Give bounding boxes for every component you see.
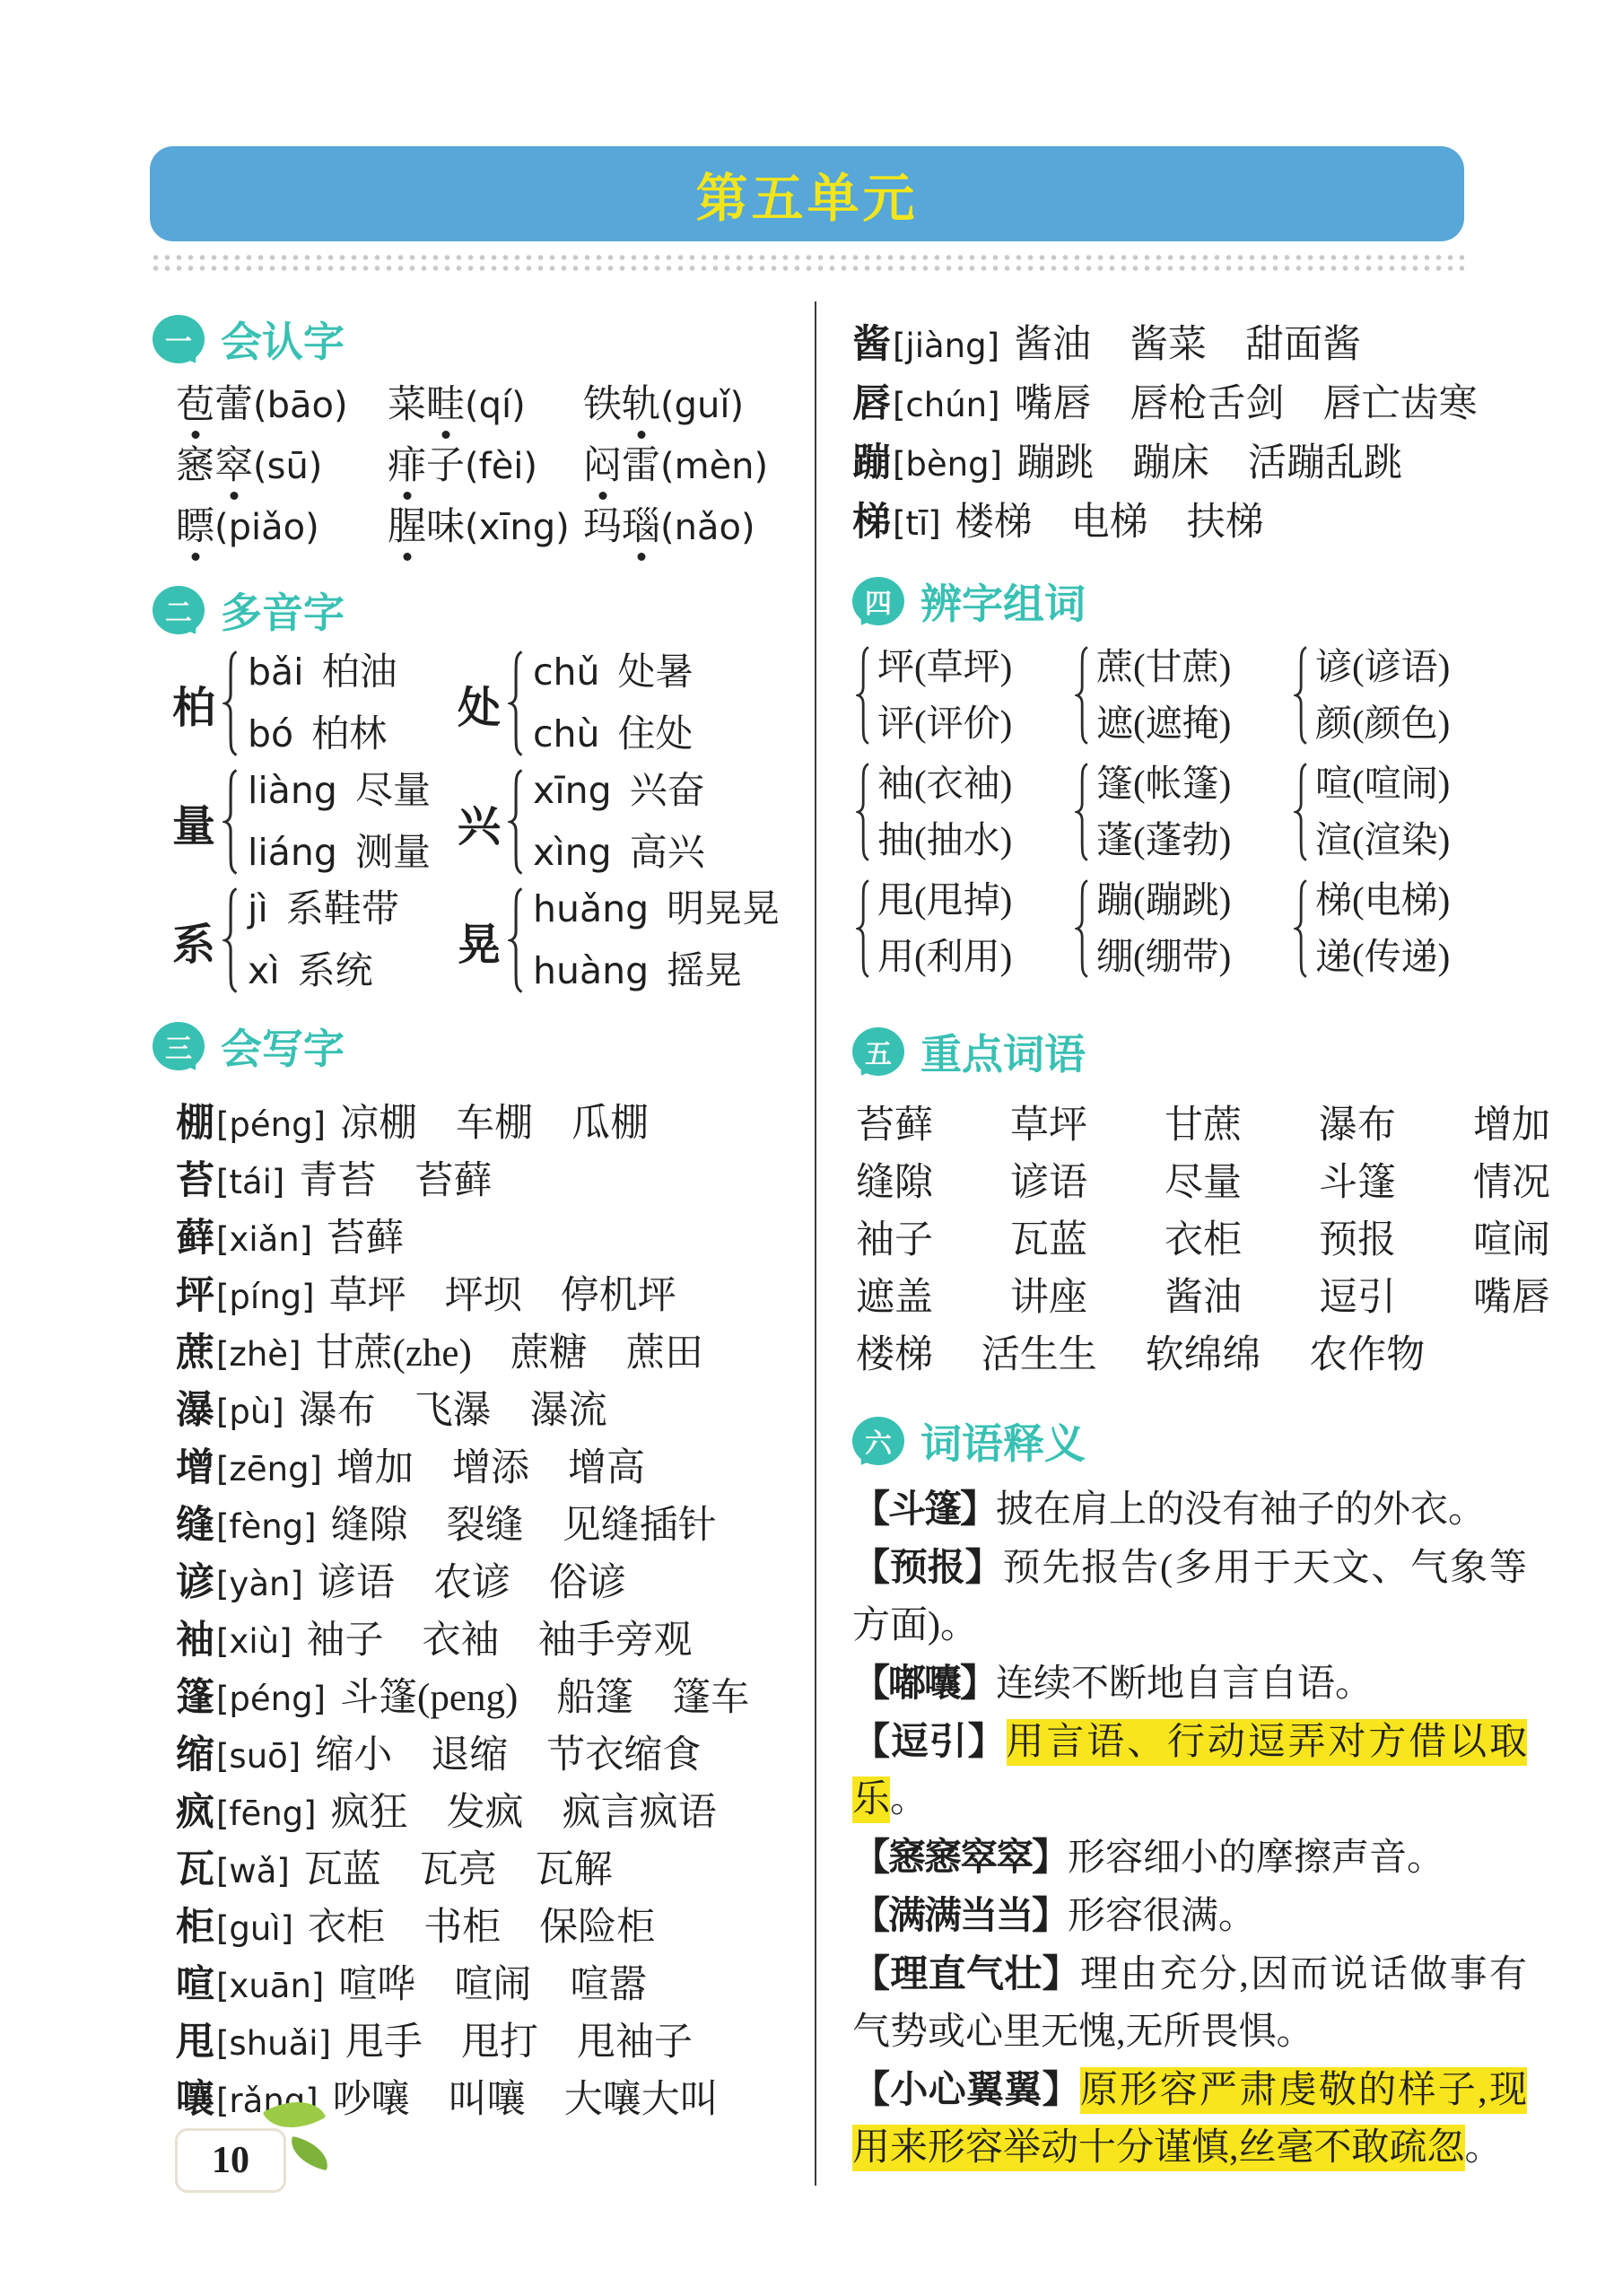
pinyin: (bāo) — [253, 385, 348, 426]
page-title: 第五单元 — [695, 156, 918, 231]
section-number: 三 — [165, 1026, 192, 1066]
word: 摇晃 — [667, 948, 742, 995]
bianzi-pair: 梯(电梯)递(传递) — [1294, 877, 1527, 980]
brace-icon — [1294, 645, 1310, 746]
pinyin: xìng — [533, 829, 612, 876]
huixiezi-row: 瓦[wǎ]瓦蓝 瓦亮 瓦解 — [176, 1839, 809, 1897]
huixiezi-row: 疯[fēng]疯狂 发疯 疯言疯语 — [176, 1782, 809, 1839]
brace-icon — [222, 886, 240, 994]
hanzi: 苔 — [176, 1150, 214, 1205]
page-number-box: 10 — [175, 2128, 286, 2193]
pinyin: [pù] — [216, 1392, 284, 1431]
zhongdian-list: 苔藓 草坪 甘蔗 瀑布 增加 缝隙 谚语 尽量 斗篷 情况 袖子 瓦蓝 衣柜 预… — [856, 1095, 1527, 1382]
word: 兴奋 — [630, 768, 705, 815]
huixiezi-list: 棚[péng]凉棚 车棚 瓜棚 苔[tái]青苔 苔藓 藓[xiǎn]苔藓 坪[… — [176, 1093, 809, 2126]
pinyin: (fèi) — [465, 446, 537, 487]
pair-word: 用(利用) — [877, 934, 1012, 980]
section-bianzi-header: 四 辨字组词 — [852, 574, 1527, 628]
hanzi: 铁 — [583, 384, 622, 426]
hanzi: 棚 — [176, 1093, 214, 1148]
section-renzi-header: 一 会认字 — [153, 312, 809, 366]
pinyin: [shuǎi] — [216, 2024, 331, 2063]
section-number-badge-icon: 一 — [153, 315, 205, 363]
section-number: 二 — [165, 590, 192, 630]
bianzi-pair: 谚(谚语)颜(颜色) — [1294, 644, 1527, 746]
word: 柏油 — [322, 650, 397, 696]
word-row: 袖子 瓦蓝 衣柜 预报 喧闹 — [856, 1209, 1527, 1267]
pinyin: xì — [248, 947, 280, 994]
huixiezi-list-continued: 酱[jiàng]酱油 酱菜 甜面酱 唇[chún]嘴唇 唇枪舌剑 唇亡齿寒 蹦[… — [852, 314, 1527, 551]
duoyinzi-entry: 柏 bǎi柏油 bó柏林 — [172, 650, 458, 757]
words: 袖子 衣袖 袖手旁观 — [307, 1610, 693, 1664]
pair-word: 递(传递) — [1315, 934, 1450, 980]
word: 处暑 — [618, 650, 694, 696]
pinyin: [zhè] — [216, 1335, 301, 1374]
duoyinzi-grid: 柏 bǎi柏油 bó柏林 处 chǔ处暑 chù住处 量 liàng尽量 liá… — [172, 650, 809, 994]
section-number-badge-icon: 四 — [852, 577, 904, 625]
brace-icon — [222, 650, 240, 757]
hanzi: 蹦 — [852, 432, 891, 487]
duoyinzi-entry: 处 chǔ处暑 chù住处 — [458, 650, 809, 757]
brace-icon — [508, 886, 526, 994]
huixiezi-row: 棚[péng]凉棚 车棚 瓜棚 — [176, 1093, 809, 1150]
pinyin: liáng — [248, 829, 337, 876]
word: 系统 — [298, 948, 373, 995]
section-number: 六 — [865, 1421, 892, 1461]
pinyin: huàng — [533, 947, 649, 994]
right-column: 酱[jiàng]酱油 酱菜 甜面酱 唇[chún]嘴唇 唇枪舌剑 唇亡齿寒 蹦[… — [852, 312, 1527, 2177]
section-title: 多音字 — [221, 581, 345, 640]
pinyin: huǎng — [533, 886, 649, 932]
pair-word: 绷(绷带) — [1096, 934, 1231, 980]
hanzi: 甩 — [176, 2012, 214, 2066]
bianzi-pair: 篷(帐篷)蓬(蓬勃) — [1075, 761, 1294, 863]
word-row: 苔藓 草坪 甘蔗 瀑布 增加 — [856, 1095, 1527, 1152]
hanzi: 唇 — [852, 373, 891, 428]
section-title: 重点词语 — [920, 1022, 1086, 1081]
huixiezi-row: 甩[shuǎi]甩手 甩打 甩袖子 — [176, 2012, 809, 2069]
words: 衣柜 书柜 保险柜 — [308, 1897, 655, 1951]
huixiezi-row: 袖[xiù]袖子 衣袖 袖手旁观 — [176, 1610, 809, 1667]
pinyin: (qí) — [465, 385, 526, 426]
hanzi: 玛 — [583, 506, 622, 548]
words: 嘴唇 唇枪舌剑 唇亡齿寒 — [1015, 373, 1478, 428]
renzi-item: 痱子(fèi) — [388, 445, 583, 488]
section-title: 会写字 — [221, 1017, 345, 1076]
section-number: 一 — [165, 319, 192, 359]
renzi-item: 腥味(xīng) — [388, 506, 583, 549]
unit-title-bar: 第五单元 — [150, 146, 1464, 241]
bianzi-pair: 蔗(甘蔗)遮(遮掩) — [1075, 644, 1294, 746]
word: 高兴 — [630, 830, 705, 877]
pinyin: jì — [248, 886, 268, 932]
hanzi: 篷 — [176, 1667, 214, 1722]
dotted-hanzi: 窣 — [214, 445, 253, 488]
huixiezi-row: 柜[guì]衣柜 书柜 保险柜 — [176, 1897, 809, 1954]
pair-word: 抽(抽水) — [877, 817, 1012, 863]
hanzi: 柏 — [172, 673, 215, 735]
leaf-icon — [286, 2136, 332, 2170]
brace-icon — [222, 768, 240, 876]
definition: 【理直气壮】理由充分,因而说话做事有气势或心里无愧,无所畏惧。 — [852, 1945, 1527, 2061]
huixiezi-row: 缝[fèng]缝隙 裂缝 见缝插针 — [176, 1495, 809, 1552]
reading-row: chù住处 — [533, 711, 694, 758]
section-number-badge-icon: 六 — [852, 1417, 904, 1465]
section-title: 会认字 — [221, 310, 345, 369]
pinyin: bó — [248, 711, 293, 757]
definition-text: 连续不断地自言自语。 — [996, 1663, 1373, 1705]
brace-icon — [508, 768, 526, 876]
pair-word: 蓬(蓬勃) — [1096, 817, 1231, 863]
definition-term: 【小心翼翼】 — [852, 2067, 1080, 2111]
pair-word: 遮(遮掩) — [1096, 701, 1231, 746]
definition-term: 【满满当当】 — [852, 1893, 1068, 1937]
hanzi: 缩 — [176, 1724, 214, 1779]
pinyin: [fēng] — [216, 1794, 317, 1833]
word: 住处 — [618, 711, 694, 758]
duoyinzi-entry: 晃 huǎng明晃晃 huàng摇晃 — [458, 886, 809, 994]
words: 凉棚 车棚 瓜棚 — [340, 1093, 649, 1148]
pair-word: 喧(喧闹) — [1315, 761, 1450, 807]
definition: 【斗篷】披在肩上的没有袖子的外衣。 — [852, 1480, 1527, 1539]
huixiezi-row: 增[zēng]增加 增添 增高 — [176, 1437, 809, 1495]
pinyin: [péng] — [216, 1680, 326, 1718]
section-number: 四 — [865, 581, 892, 621]
renzi-item: 玛瑙(nǎo) — [583, 506, 809, 549]
pinyin: (xīng) — [465, 507, 570, 548]
hanzi: 系 — [172, 910, 215, 972]
huixiezi-row: 坪[píng]草坪 坪坝 停机坪 — [176, 1265, 809, 1323]
section-duoyinzi-header: 二 多音字 — [153, 583, 809, 637]
hanzi: 子 — [426, 445, 465, 487]
pinyin: [tái] — [216, 1163, 284, 1201]
left-column: 一 会认字 苞蕾(bāo) 菜畦(qí) 铁轨(guǐ) 窸窣(sū) 痱子(f… — [153, 312, 809, 2126]
pinyin: [zēng] — [216, 1450, 322, 1488]
reading-row: liáng测量 — [248, 829, 431, 877]
hanzi: 袖 — [176, 1610, 214, 1664]
section-title: 辨字组词 — [920, 572, 1086, 631]
reading-row: xīng兴奋 — [533, 767, 705, 815]
dotted-hanzi: 畦 — [426, 384, 465, 427]
bianzi-pair: 蹦(蹦跳)绷(绷带) — [1075, 877, 1294, 980]
pinyin: [tī] — [893, 504, 941, 543]
hanzi: 谚 — [176, 1552, 214, 1607]
pinyin: (mèn) — [660, 446, 768, 487]
pinyin: [xuān] — [216, 1967, 324, 2005]
dotted-hanzi: 瑙 — [622, 506, 660, 549]
pinyin: [yàn] — [216, 1565, 303, 1603]
dotted-separator — [150, 252, 1464, 275]
hanzi: 缝 — [176, 1495, 214, 1550]
brace-icon — [1294, 878, 1310, 979]
word: 柏林 — [311, 711, 387, 758]
brace-icon — [1075, 762, 1091, 862]
words: 草坪 坪坝 停机坪 — [329, 1265, 676, 1320]
huixiezi-row: 唇[chún]嘴唇 唇枪舌剑 唇亡齿寒 — [852, 373, 1527, 432]
brace-icon — [1294, 762, 1310, 862]
hanzi: 瀑 — [176, 1380, 214, 1435]
pair-word: 甩(甩掉) — [877, 877, 1012, 923]
duoyinzi-entry: 系 jì系鞋带 xì系统 — [172, 886, 458, 994]
hanzi: 增 — [176, 1437, 214, 1492]
pinyin: xīng — [533, 767, 612, 814]
renzi-item: 菜畦(qí) — [388, 384, 583, 427]
brace-icon — [1075, 645, 1091, 746]
pair-word: 袖(衣袖) — [877, 761, 1012, 807]
pinyin: [píng] — [216, 1278, 315, 1316]
section-zhongdian-header: 五 重点词语 — [852, 1025, 1527, 1078]
hanzi: 菜 — [388, 384, 426, 426]
hanzi: 蕾 — [214, 384, 253, 426]
hanzi: 雷 — [622, 445, 660, 487]
dotted-hanzi: 轨 — [622, 384, 660, 427]
dotted-hanzi: 闷 — [583, 445, 622, 488]
bianzi-pair: 喧(喧闹)渲(渲染) — [1294, 761, 1527, 863]
section-title: 词语释义 — [920, 1411, 1086, 1471]
hanzi: 蔗 — [176, 1323, 214, 1377]
pinyin: (sū) — [253, 446, 322, 487]
definition-term: 【嘟囔】 — [852, 1661, 996, 1705]
words: 斗篷(peng) 船篷 篷车 — [340, 1667, 749, 1722]
page-number: 10 — [212, 2139, 249, 2182]
definition-term: 【预报】 — [852, 1545, 1003, 1589]
renzi-word-grid: 苞蕾(bāo) 菜畦(qí) 铁轨(guǐ) 窸窣(sū) 痱子(fèi) 闷雷… — [176, 384, 809, 549]
huixiezi-row: 缩[suō]缩小 退缩 节衣缩食 — [176, 1724, 809, 1782]
definition: 【窸窸窣窣】形容细小的摩擦声音。 — [852, 1829, 1527, 1887]
pair-word: 坪(草坪) — [877, 644, 1012, 690]
word-row: 遮盖 讲座 酱油 逗引 嘴唇 — [856, 1267, 1527, 1324]
reading-row: chǔ处暑 — [533, 649, 694, 696]
pinyin: chǔ — [533, 649, 600, 695]
bianzi-pair: 坪(草坪)评(评价) — [856, 644, 1075, 746]
words: 苔藓 — [327, 1208, 404, 1262]
pair-word: 渲(渲染) — [1315, 817, 1450, 863]
pinyin: [bèng] — [893, 445, 1002, 484]
reading-row: xìng高兴 — [533, 829, 705, 877]
definition: 【满满当当】形容很满。 — [852, 1887, 1527, 1945]
words: 蹦跳 蹦床 活蹦乱跳 — [1016, 432, 1402, 487]
renzi-item: 苞蕾(bāo) — [176, 384, 388, 427]
definition: 【逗引】用言语、行动逗弄对方借以取乐。 — [852, 1713, 1527, 1829]
word: 尽量 — [355, 768, 431, 815]
renzi-item: 瞟(piǎo) — [176, 506, 388, 549]
word: 明晃晃 — [667, 886, 780, 933]
words: 瀑布 飞瀑 瀑流 — [299, 1380, 607, 1435]
pinyin: [guì] — [216, 1909, 293, 1948]
definition-text: 。 — [1465, 2127, 1503, 2169]
pinyin: [xiǎn] — [216, 1220, 312, 1259]
pinyin: [péng] — [216, 1105, 326, 1144]
word-row: 楼梯 活生生 软绵绵 农作物 — [856, 1324, 1527, 1382]
pinyin: [suō] — [216, 1737, 301, 1776]
hanzi: 梯 — [852, 492, 891, 546]
section-number-badge-icon: 五 — [852, 1027, 904, 1076]
definition-term: 【理直气壮】 — [852, 1951, 1080, 1995]
brace-icon — [856, 762, 872, 862]
huixiezi-row: 藓[xiǎn]苔藓 — [176, 1208, 809, 1265]
brace-icon — [508, 650, 526, 757]
words: 吵嚷 叫嚷 大嚷大叫 — [333, 2069, 719, 2124]
word-row: 缝隙 谚语 尽量 斗篷 情况 — [856, 1152, 1527, 1209]
words: 甘蔗(zhe) 蔗糖 蔗田 — [316, 1323, 703, 1377]
words: 缩小 退缩 节衣缩食 — [315, 1724, 701, 1779]
reading-row: jì系鞋带 — [248, 886, 399, 933]
pinyin: [xiù] — [216, 1622, 292, 1661]
words: 楼梯 电梯 扶梯 — [955, 492, 1264, 546]
reading-row: liàng尽量 — [248, 767, 431, 815]
definition: 【小心翼翼】原形容严肃虔敬的样子,现用来形容举动十分谨慎,丝毫不敢疏忽。 — [852, 2061, 1527, 2177]
huixiezi-row: 篷[péng]斗篷(peng) 船篷 篷车 — [176, 1667, 809, 1724]
renzi-item: 窸窣(sū) — [176, 445, 388, 488]
huixiezi-row: 蔗[zhè]甘蔗(zhe) 蔗糖 蔗田 — [176, 1323, 809, 1380]
hanzi: 酱 — [852, 314, 891, 369]
section-number-badge-icon: 三 — [153, 1022, 205, 1070]
huixiezi-row: 蹦[bèng]蹦跳 蹦床 活蹦乱跳 — [852, 432, 1527, 492]
pinyin: [chún] — [893, 386, 1000, 424]
pair-word: 蔗(甘蔗) — [1096, 644, 1231, 690]
definition-term: 【逗引】 — [852, 1719, 1007, 1763]
pair-word: 蹦(蹦跳) — [1096, 877, 1231, 923]
words: 瓦蓝 瓦亮 瓦解 — [304, 1839, 613, 1894]
brace-icon — [856, 645, 872, 746]
words: 疯狂 发疯 疯言疯语 — [331, 1782, 717, 1837]
pair-word: 谚(谚语) — [1315, 644, 1450, 690]
section-shiyi-header: 六 词语释义 — [852, 1414, 1527, 1468]
brace-icon — [1075, 878, 1091, 979]
pinyin: [jiàng] — [893, 327, 999, 365]
definition-text: 形容细小的摩擦声音。 — [1068, 1838, 1444, 1879]
words: 缝隙 裂缝 见缝插针 — [331, 1495, 717, 1550]
words: 甩手 甩打 甩袖子 — [345, 2012, 693, 2066]
column-divider — [815, 301, 816, 2186]
hanzi: 坪 — [176, 1265, 214, 1320]
dotted-hanzi: 苞 — [176, 384, 214, 427]
section-huixiezi-header: 三 会写字 — [153, 1019, 809, 1073]
bianzi-pair: 袖(衣袖)抽(抽水) — [856, 761, 1075, 863]
section-number-badge-icon: 二 — [153, 586, 205, 634]
definition-term: 【斗篷】 — [852, 1487, 996, 1531]
pinyin: bǎi — [248, 649, 304, 695]
pair-word: 评(评价) — [877, 701, 1012, 746]
huixiezi-row: 苔[tái]青苔 苔藓 — [176, 1150, 809, 1208]
reading-row: bó柏林 — [248, 711, 397, 758]
hanzi: 量 — [172, 791, 215, 853]
pinyin: chù — [533, 711, 600, 757]
section-number: 五 — [865, 1032, 892, 1071]
shiyi-definitions: 【斗篷】披在肩上的没有袖子的外衣。 【预报】预先报告(多用于天文、气象等方面)。… — [852, 1480, 1527, 2177]
hanzi: 藓 — [176, 1208, 214, 1262]
brace-icon — [856, 878, 872, 979]
definition-text: 披在肩上的没有袖子的外衣。 — [996, 1489, 1486, 1531]
huixiezi-row: 瀑[pù]瀑布 飞瀑 瀑流 — [176, 1380, 809, 1437]
pair-word: 颜(颜色) — [1315, 701, 1450, 746]
word: 测量 — [355, 830, 431, 877]
reading-row: huǎng明晃晃 — [533, 886, 780, 933]
dotted-hanzi: 腥 — [388, 506, 426, 549]
definition-text: 形容很满。 — [1068, 1896, 1256, 1937]
definition: 【预报】预先报告(多用于天文、气象等方面)。 — [852, 1539, 1527, 1654]
hanzi: 疯 — [176, 1782, 214, 1837]
words: 酱油 酱菜 甜面酱 — [1014, 314, 1361, 369]
pair-word: 篷(帐篷) — [1096, 761, 1231, 807]
hanzi: 晃 — [458, 910, 501, 972]
pinyin: [wǎ] — [216, 1852, 290, 1890]
definition: 【嘟囔】连续不断地自言自语。 — [852, 1654, 1527, 1713]
hanzi: 味 — [426, 506, 465, 548]
duoyinzi-entry: 兴 xīng兴奋 xìng高兴 — [458, 768, 809, 876]
huixiezi-row: 谚[yàn]谚语 农谚 俗谚 — [176, 1552, 809, 1610]
hanzi: 窸 — [176, 445, 214, 487]
bianzi-grid: 坪(草坪)评(评价) 蔗(甘蔗)遮(遮掩) 谚(谚语)颜(颜色) 袖(衣袖)抽(… — [856, 644, 1527, 980]
pinyin: [fèng] — [216, 1507, 317, 1546]
dotted-hanzi: 痱 — [388, 445, 426, 488]
bianzi-pair: 甩(甩掉)用(利用) — [856, 877, 1075, 980]
pinyin: (piǎo) — [214, 507, 319, 548]
definition-text: 。 — [890, 1779, 928, 1820]
dotted-hanzi: 瞟 — [176, 506, 214, 549]
word: 系鞋带 — [286, 886, 399, 933]
hanzi: 嚷 — [176, 2069, 214, 2124]
huixiezi-row: 梯[tī]楼梯 电梯 扶梯 — [852, 492, 1527, 551]
hanzi: 兴 — [458, 791, 501, 853]
pinyin: (nǎo) — [660, 507, 755, 548]
hanzi: 喧 — [176, 1954, 214, 2009]
words: 增加 增添 增高 — [336, 1437, 645, 1492]
pair-word: 梯(电梯) — [1315, 877, 1450, 923]
reading-row: huàng摇晃 — [533, 947, 780, 995]
reading-row: xì系统 — [248, 947, 399, 995]
words: 谚语 农谚 俗谚 — [318, 1552, 626, 1607]
hanzi: 瓦 — [176, 1839, 214, 1894]
huixiezi-row: 酱[jiàng]酱油 酱菜 甜面酱 — [852, 314, 1527, 373]
pinyin: liàng — [248, 767, 337, 814]
words: 青苔 苔藓 — [299, 1150, 492, 1205]
reading-row: bǎi柏油 — [248, 649, 397, 696]
pinyin: (guǐ) — [660, 385, 744, 426]
renzi-item: 铁轨(guǐ) — [583, 384, 809, 427]
words: 喧哗 喧闹 喧嚣 — [338, 1954, 647, 2009]
duoyinzi-entry: 量 liàng尽量 liáng测量 — [172, 768, 458, 876]
definition-term: 【窸窸窣窣】 — [852, 1835, 1068, 1879]
huixiezi-row: 喧[xuān]喧哗 喧闹 喧嚣 — [176, 1954, 809, 2012]
renzi-item: 闷雷(mèn) — [583, 445, 809, 488]
hanzi: 处 — [458, 673, 501, 735]
hanzi: 柜 — [176, 1897, 214, 1951]
